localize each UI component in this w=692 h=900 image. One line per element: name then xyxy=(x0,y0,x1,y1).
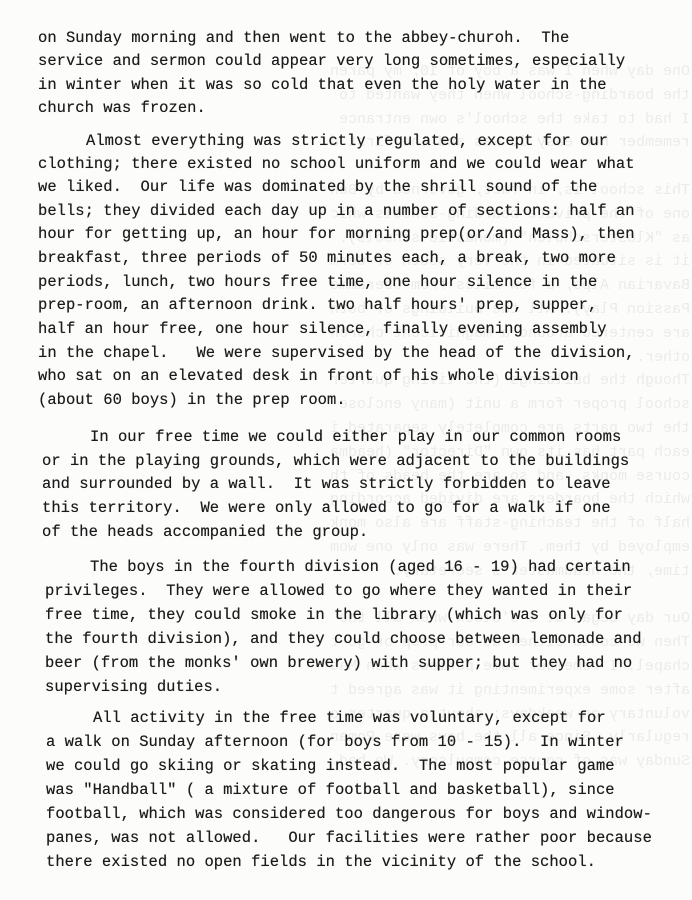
text-line: breakfast, three periods of 50 minutes e… xyxy=(38,248,616,268)
text-line: we liked. Our life was dominated by the … xyxy=(38,177,597,197)
text-line: hour for getting up, an hour for morning… xyxy=(38,224,635,244)
text-line: free time, they could smoke in the libra… xyxy=(45,605,623,625)
text-line: service and sermon could appear very lon… xyxy=(38,51,625,71)
text-line: and surrounded by a wall. It was strictl… xyxy=(42,474,611,494)
text-line: in winter when it was so cold that even … xyxy=(38,75,607,95)
text-line: In our free time we could either play in… xyxy=(90,427,621,447)
text-line: All activity in the free time was volunt… xyxy=(93,708,606,728)
text-line: or in the playing grounds, which were ad… xyxy=(42,451,629,471)
text-line: (about 60 boys) in the prep room. xyxy=(38,390,346,410)
text-line: this territory. We were only allowed to … xyxy=(42,498,611,518)
text-line: supervising duties. xyxy=(45,677,222,697)
text-line: there existed no open fields in the vici… xyxy=(46,852,596,872)
text-line: we could go skiing or skating instead. T… xyxy=(46,756,615,776)
text-line: The boys in the fourth division (aged 16… xyxy=(90,557,631,577)
text-line: panes, was not allowed. Our facilities w… xyxy=(46,828,652,848)
text-line: a walk on Sunday afternoon (for boys fro… xyxy=(46,732,624,752)
text-line: football, which was considered too dange… xyxy=(46,804,652,824)
text-line: periods, lunch, two hours free time, one… xyxy=(38,272,597,292)
text-line: Almost everything was strictly regulated… xyxy=(86,131,608,151)
text-line: half an hour free, one hour silence, fin… xyxy=(38,319,607,339)
text-line: of the heads accompanied the group. xyxy=(42,522,368,542)
text-line: in the chapel. We were supervised by the… xyxy=(38,343,635,363)
text-line: privileges. They were allowed to go wher… xyxy=(45,581,632,601)
text-line: on Sunday morning and then went to the a… xyxy=(38,28,569,48)
text-line: prep-room, an afternoon drink. two half … xyxy=(38,295,597,315)
text-line: bells; they divided each day up in a num… xyxy=(38,201,635,221)
text-line: beer (from the monks' own brewery) with … xyxy=(45,653,632,673)
text-line: who sat on an elevated desk in front of … xyxy=(38,366,579,386)
text-line: the fourth division), and they could cho… xyxy=(45,629,642,649)
text-line: was "Handball" ( a mixture of football a… xyxy=(46,780,615,800)
text-line: clothing; there existed no school unifor… xyxy=(38,154,635,174)
text-line: church was frozen. xyxy=(38,98,206,118)
